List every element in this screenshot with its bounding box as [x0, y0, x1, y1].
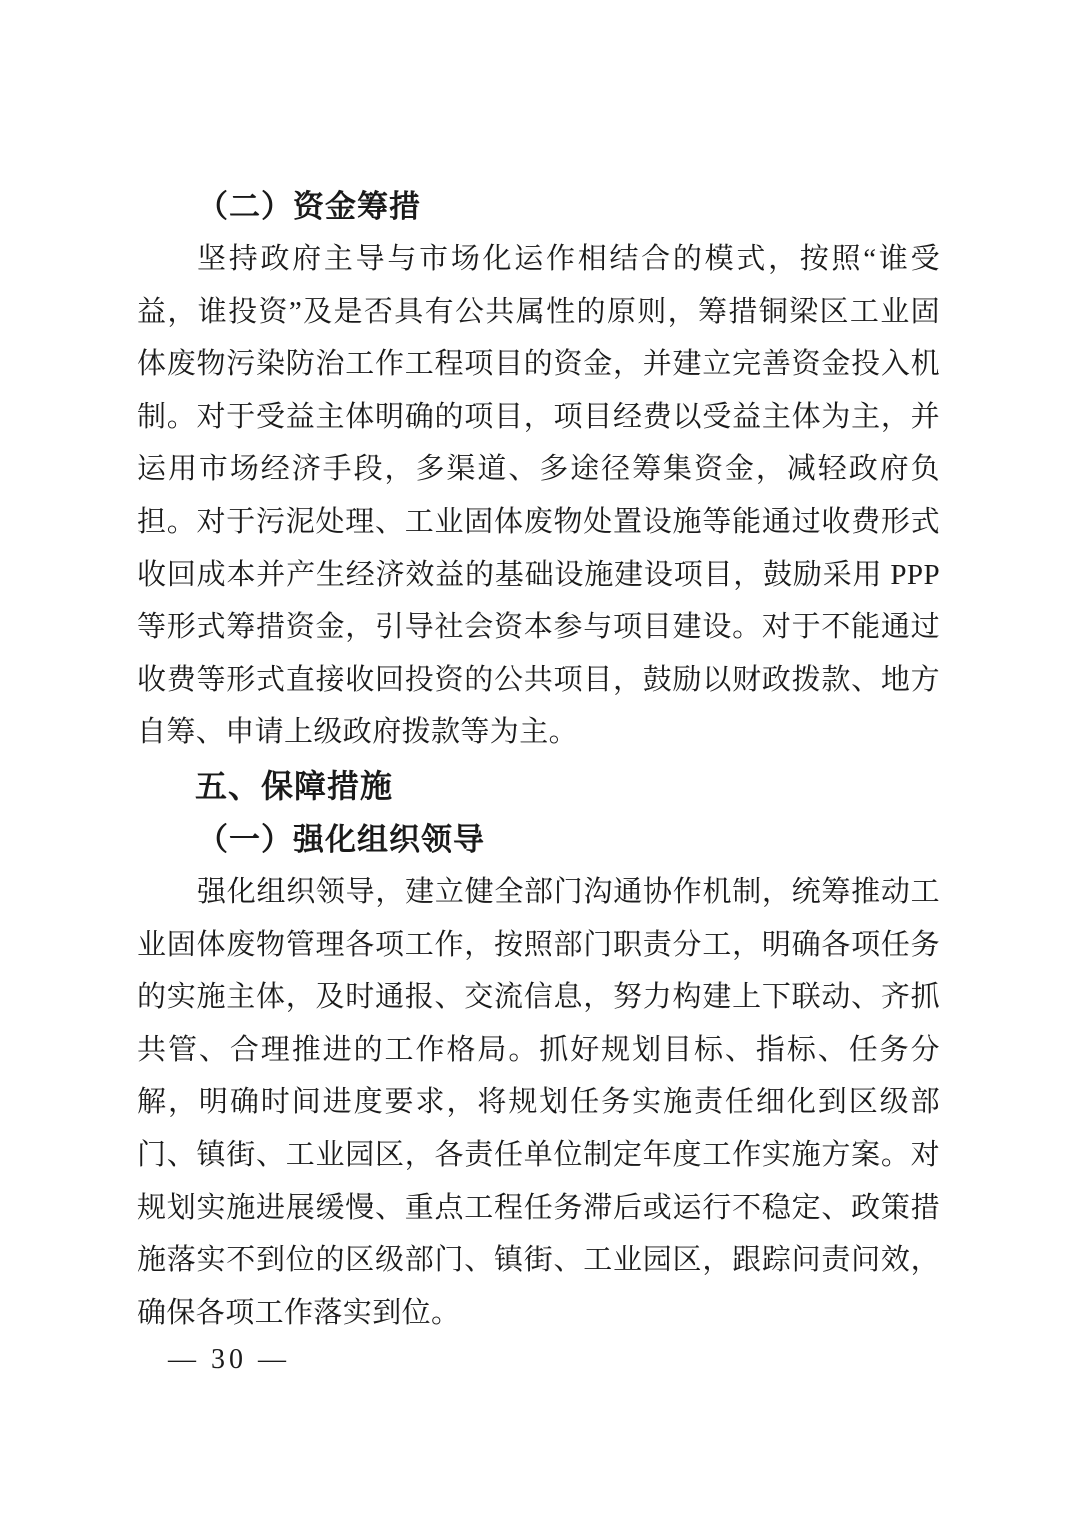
paragraph-funding: 坚持政府主导与市场化运作相结合的模式，按照“谁受益，谁投资”及是否具有公共属性的…: [137, 233, 940, 759]
page-number: — 30 —: [168, 1344, 290, 1376]
document-content: （二）资金筹措 坚持政府主导与市场化运作相结合的模式，按照“谁受益，谁投资”及是…: [137, 180, 940, 1339]
paragraph-leadership: 强化组织领导，建立健全部门沟通协作机制，统筹推动工业固体废物管理各项工作，按照部…: [137, 866, 940, 1339]
section-heading-leadership: （一）强化组织领导: [137, 813, 940, 866]
section-heading-funding: （二）资金筹措: [137, 180, 940, 233]
document-page: （二）资金筹措 坚持政府主导与市场化运作相结合的模式，按照“谁受益，谁投资”及是…: [0, 0, 1074, 1520]
section-heading-safeguards: 五、保障措施: [137, 759, 940, 813]
